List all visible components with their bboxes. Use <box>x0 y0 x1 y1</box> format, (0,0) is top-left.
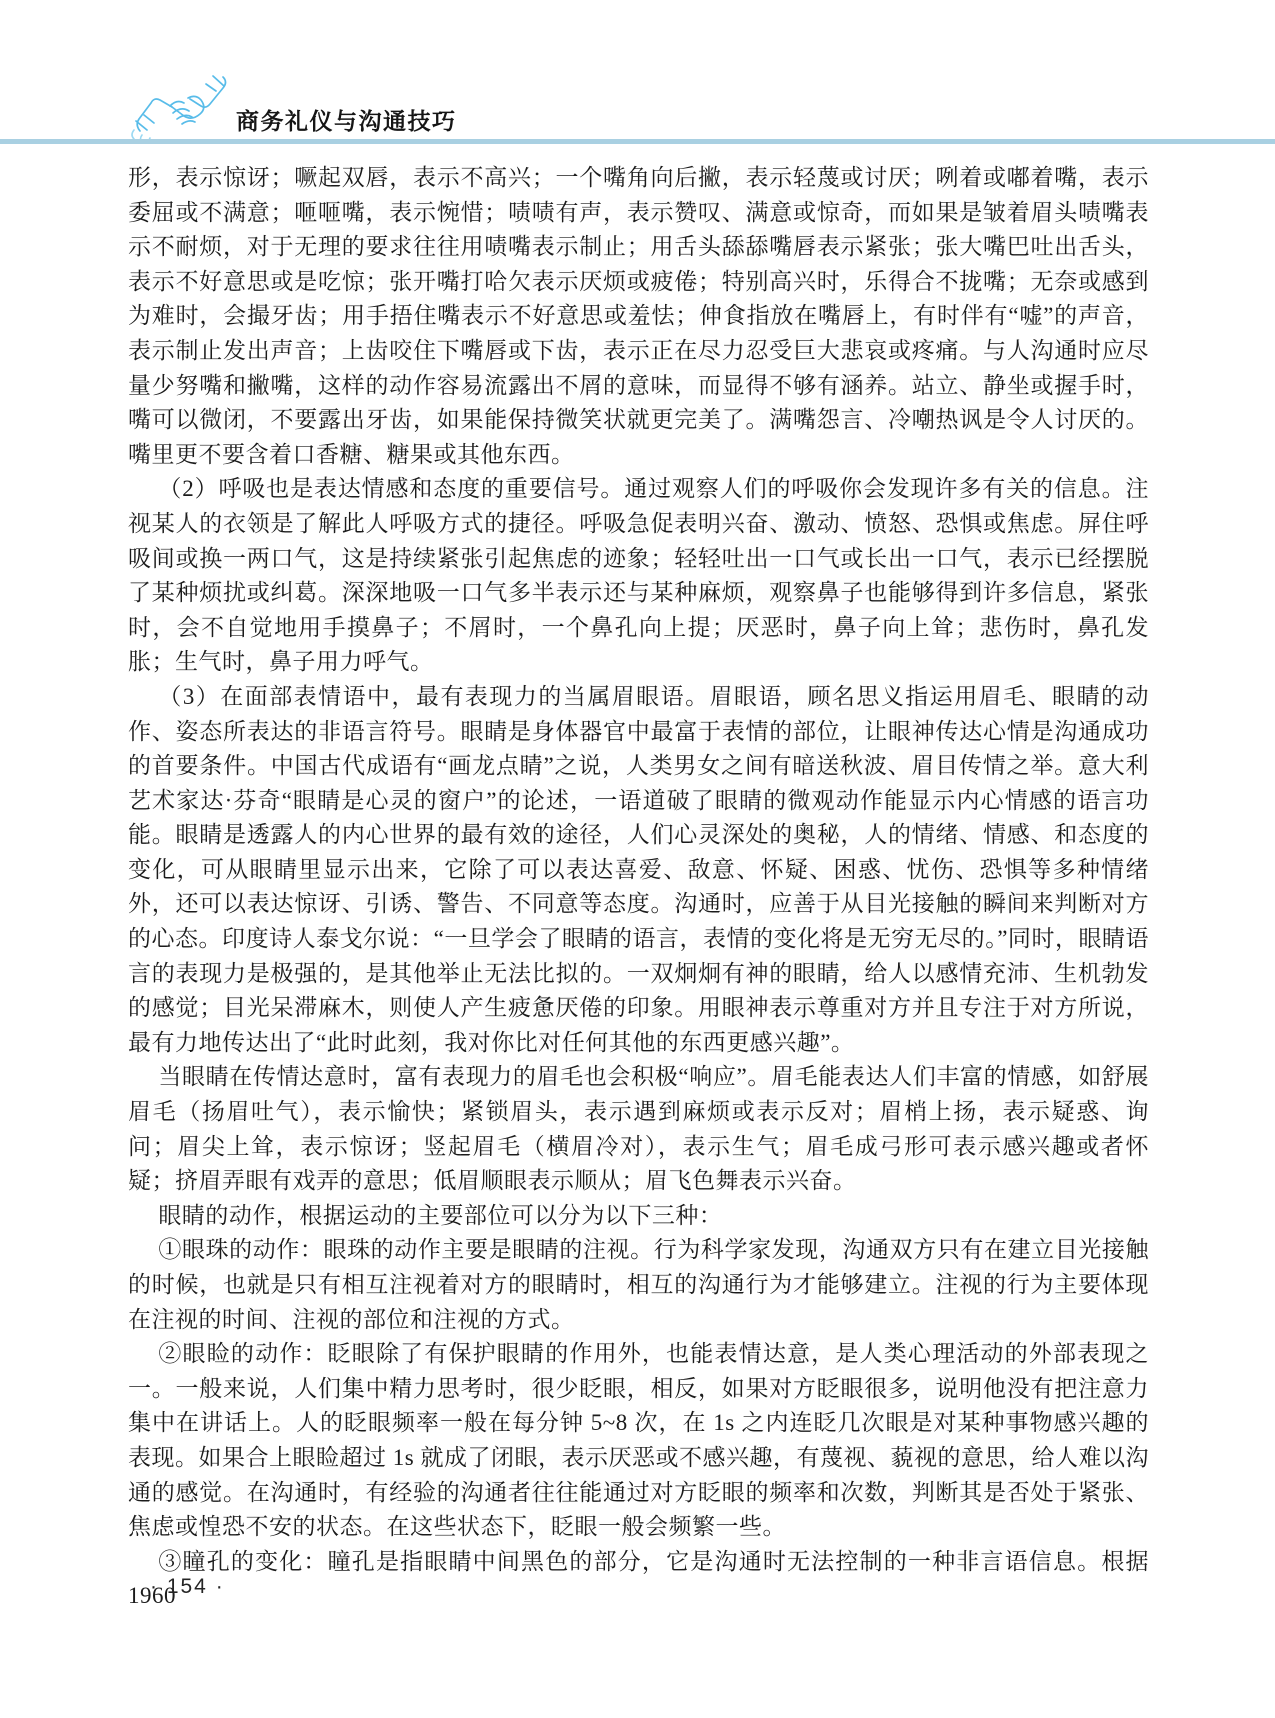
handshake-icon <box>130 74 227 140</box>
paragraph-mouth-expressions: 形，表示惊讶；噘起双唇，表示不高兴；一个嘴角向后撇，表示轻蔑或讨厌；咧着或嘟着嘴… <box>128 161 1149 472</box>
paragraph-pupil-change: ③瞳孔的变化：瞳孔是指眼睛中间黑色的部分，它是沟通时无法控制的一种非言语信息。根… <box>128 1545 1149 1614</box>
paragraph-breathing: （2）呼吸也是表达情感和态度的重要信号。通过观察人们的呼吸你会发现许多有关的信息… <box>128 472 1149 680</box>
header-rule <box>0 139 1275 144</box>
paragraph-eyebrow-expressions: 当眼睛在传情达意时，富有表现力的眉毛也会积极“响应”。眉毛能表达人们丰富的情感，… <box>128 1060 1149 1198</box>
page-number: · 154 · <box>150 1575 225 1599</box>
paragraph-eye-movement-intro: 眼睛的动作，根据运动的主要部位可以分为以下三种： <box>128 1199 1149 1234</box>
paragraph-eyeball-movement: ①眼珠的动作：眼珠的动作主要是眼睛的注视。行为科学家发现，沟通双方只有在建立目光… <box>128 1233 1149 1337</box>
book-page: 商务礼仪与沟通技巧 形，表示惊讶；噘起双唇，表示不高兴；一个嘴角向后撇，表示轻蔑… <box>0 0 1275 1718</box>
page-body: 形，表示惊讶；噘起双唇，表示不高兴；一个嘴角向后撇，表示轻蔑或讨厌；咧着或嘟着嘴… <box>128 161 1149 1614</box>
book-title: 商务礼仪与沟通技巧 <box>236 103 457 136</box>
paragraph-eyebrow-eye-language: （3）在面部表情语中，最有表现力的当属眉眼语。眉眼语，顾名思义指运用眉毛、眼睛的… <box>128 680 1149 1061</box>
paragraph-eyelid-movement: ②眼睑的动作：眨眼除了有保护眼睛的作用外，也能表情达意，是人类心理活动的外部表现… <box>128 1337 1149 1545</box>
page-header: 商务礼仪与沟通技巧 <box>0 0 1275 145</box>
